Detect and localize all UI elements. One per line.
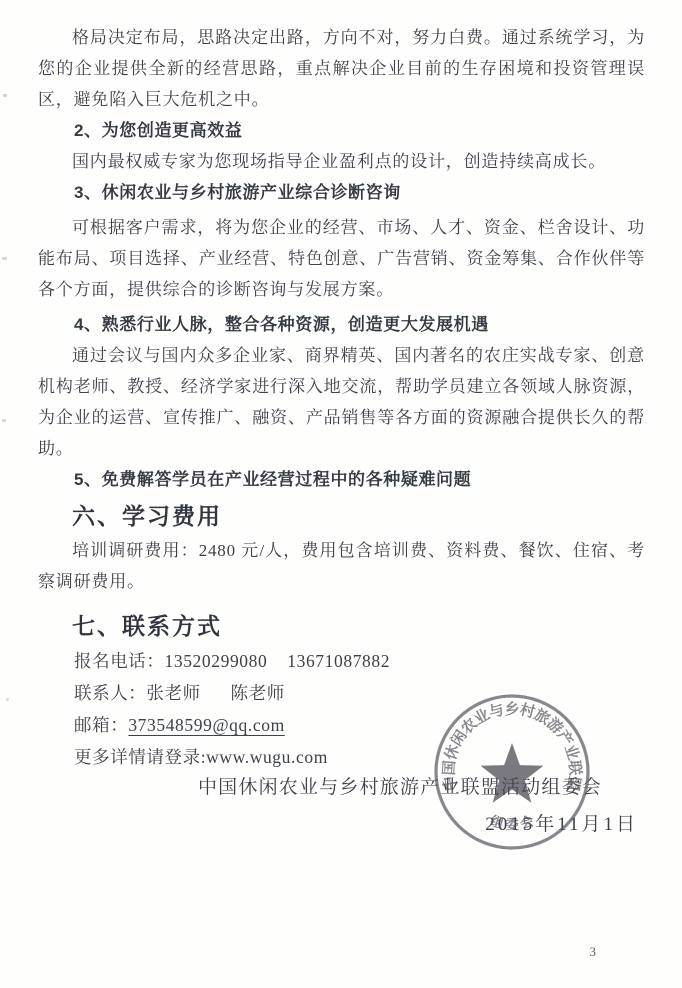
paragraph-fees: 培训调研费用：2480 元/人，费用包含培训费、资料费、餐饮、住宿、考察调研费用…	[38, 535, 645, 597]
heading-item-2: 2、为您创造更高效益	[74, 115, 645, 146]
person-label: 联系人：	[74, 683, 146, 703]
contact-phone-line: 报名电话：13520299080 13671087882	[74, 645, 645, 677]
website-label: 更多详情请登录:	[74, 747, 206, 767]
scan-noise	[3, 94, 7, 97]
phone-numbers: 13520299080 13671087882	[165, 651, 391, 671]
phone-label: 报名电话：	[74, 651, 165, 671]
star-icon	[481, 743, 544, 803]
stamp-bottom-text: 组委会	[489, 812, 536, 832]
email-label: 邮箱：	[74, 715, 128, 735]
scan-noise	[6, 698, 9, 701]
heading-item-3: 3、休闲农业与乡村旅游产业综合诊断咨询	[74, 177, 645, 208]
person-names: 张老师 陈老师	[146, 683, 284, 703]
paragraph-item-4: 通过会议与国内众多企业家、商界精英、国内著名的农庄实战专家、创意机构老师、教授、…	[38, 340, 645, 464]
paragraph-intro: 格局决定布局，思路决定出路，方向不对，努力白费。通过系统学习，为您的企业提供全新…	[38, 22, 645, 115]
scan-noise	[2, 257, 7, 260]
heading-item-4: 4、熟悉行业人脉，整合各种资源，创造更大发展机遇	[74, 309, 645, 340]
website-url: www.wugu.com	[206, 747, 328, 767]
heading-item-5: 5、免费解答学员在产业经营过程中的各种疑难问题	[74, 464, 645, 495]
svg-text:组委会: 组委会	[489, 812, 536, 832]
paragraph-item-3: 可根据客户需求，将为您企业的经营、市场、人才、资金、栏舍设计、功能布局、项目选择…	[38, 212, 645, 305]
page-number: 3	[590, 944, 597, 960]
email-link[interactable]: 373548599@qq.com	[128, 715, 284, 735]
heading-section-fees: 六、学习费用	[72, 499, 645, 533]
official-stamp: 中国休闲农业与乡村旅游产业联盟 组委会	[431, 691, 593, 853]
scan-noise	[2, 419, 6, 422]
heading-section-contact: 七、联系方式	[72, 609, 645, 643]
paragraph-item-2: 国内最权威专家为您现场指导企业盈利点的设计，创造持续高成长。	[38, 146, 645, 177]
document-page: 格局决定布局，思路决定出路，方向不对，努力白费。通过系统学习，为您的企业提供全新…	[0, 0, 682, 988]
